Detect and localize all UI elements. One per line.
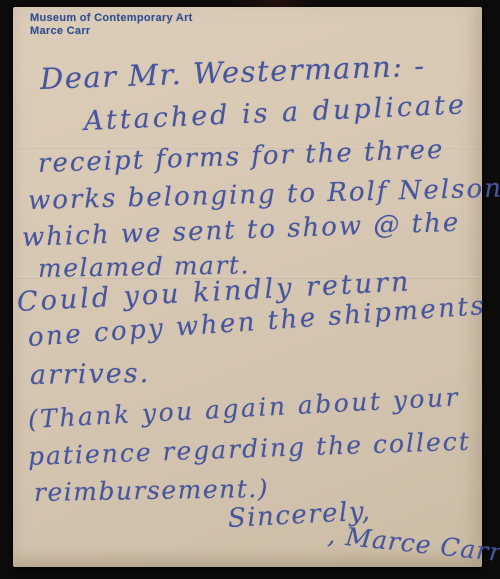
handwritten-line: reimbursement.) [34, 474, 269, 507]
letterhead-org: Museum of Contemporary Art [30, 12, 193, 25]
handwritten-line: arrives. [30, 358, 151, 391]
photo-background: Museum of Contemporary Art Marce Carr De… [0, 0, 500, 579]
letterhead-name: Marce Carr [30, 25, 193, 38]
letterhead: Museum of Contemporary Art Marce Carr [30, 12, 193, 38]
